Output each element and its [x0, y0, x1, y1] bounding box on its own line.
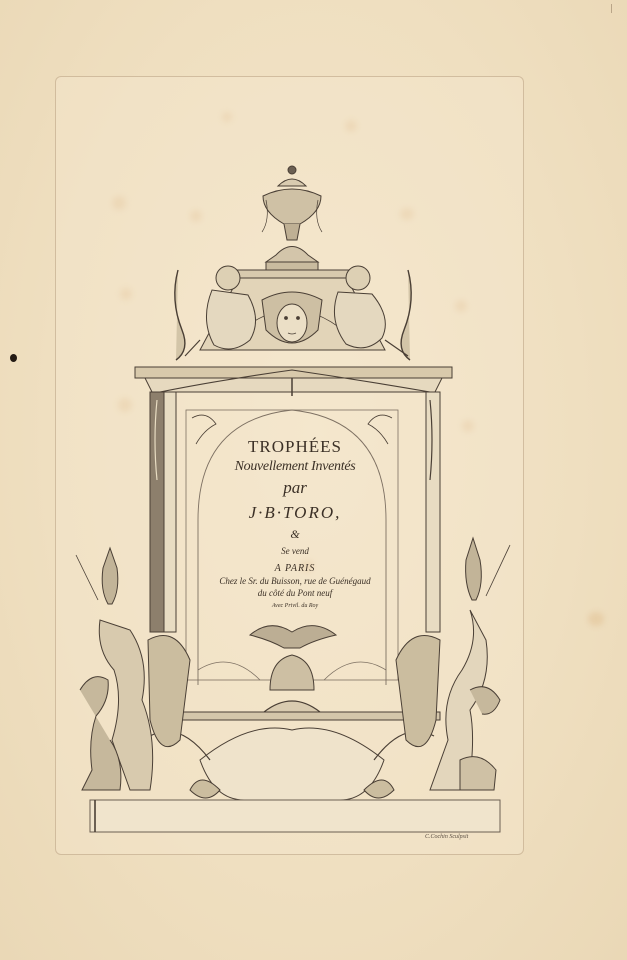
address-line-2: du côté du Pont neuf	[190, 588, 400, 598]
helmet-trophy	[250, 626, 336, 712]
by-text: par	[190, 478, 400, 498]
left-pilaster-face	[164, 392, 176, 632]
address-line-1: Chez le Sr. du Buisson, rue de Guénégaud	[170, 576, 420, 586]
plinth	[90, 800, 500, 832]
city-text: A PARIS	[190, 563, 400, 574]
left-pilaster	[150, 392, 164, 632]
author-text: J·B·TORO,	[190, 503, 400, 523]
urn-finial	[262, 166, 322, 270]
base-cartouche	[150, 712, 440, 806]
engraver-signature: C.Cochin Sculpsit	[425, 834, 525, 840]
cornice	[135, 367, 452, 396]
subtitle-text: Nouvellement Inventés	[190, 459, 400, 475]
right-pilaster	[426, 392, 440, 632]
conjunction-text: &	[190, 527, 400, 542]
privilege-text: Avec Privil. du Roy	[190, 603, 400, 609]
sold-line-text: Se vend	[190, 546, 400, 556]
title-text: TROPHÉES	[190, 437, 400, 457]
